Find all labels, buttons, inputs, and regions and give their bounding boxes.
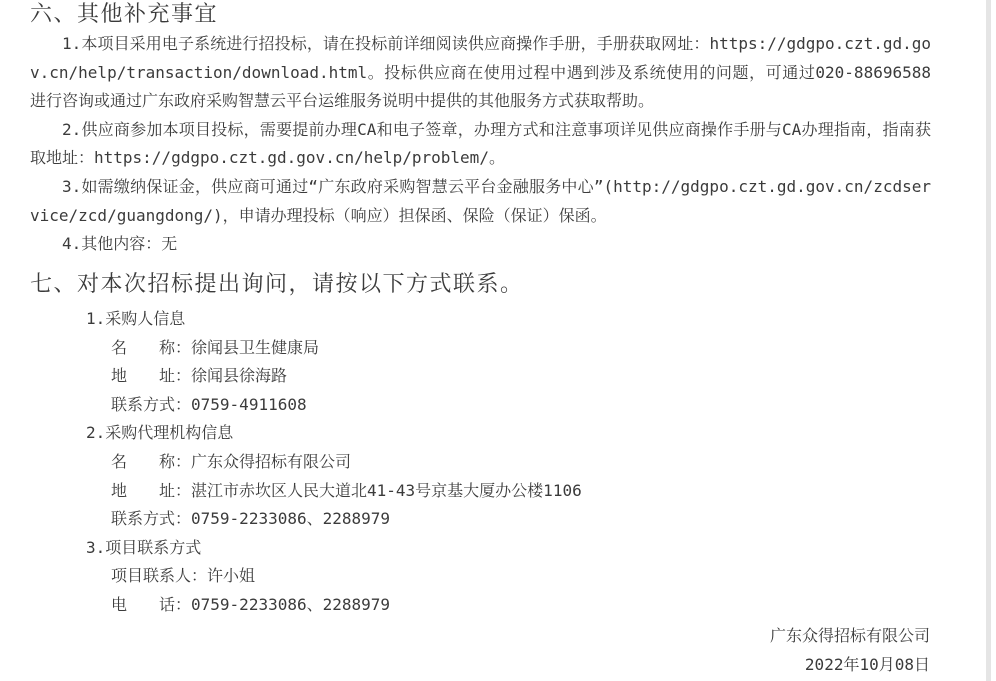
paragraph-ca-signature: 2.供应商参加本项目投标，需要提前办理CA和电子签章，办理方式和注意事项详见供应… <box>30 116 931 173</box>
field-label: 电 话： <box>111 595 191 614</box>
agency-info-title: 2.采购代理机构信息 <box>30 419 931 448</box>
field-value: 徐闻县卫生健康局 <box>191 338 319 357</box>
right-edge-divider <box>986 0 991 681</box>
field-value: 徐闻县徐海路 <box>191 366 287 385</box>
signature-company: 广东众得招标有限公司 <box>30 622 930 651</box>
field-value: 许小姐 <box>207 566 255 585</box>
field-value: 广东众得招标有限公司 <box>191 452 351 471</box>
field-value: 0759-2233086、2288979 <box>191 595 390 614</box>
paragraph-electronic-bidding: 1.本项目采用电子系统进行招投标，请在投标前详细阅读供应商操作手册，手册获取网址… <box>30 30 931 116</box>
purchaser-contact-row: 联系方式：0759-4911608 <box>30 391 931 420</box>
tender-notice-document-page: 六、其他补充事宜 1.本项目采用电子系统进行招投标，请在投标前详细阅读供应商操作… <box>0 0 996 681</box>
purchaser-name-row: 名 称：徐闻县卫生健康局 <box>30 334 931 363</box>
field-label: 地 址： <box>111 366 191 385</box>
purchaser-info-title: 1.采购人信息 <box>30 305 931 334</box>
signature-block: 广东众得招标有限公司 2022年10月08日 <box>30 622 930 679</box>
agency-name-row: 名 称：广东众得招标有限公司 <box>30 448 931 477</box>
field-label: 项目联系人： <box>111 566 207 585</box>
purchaser-address-row: 地 址：徐闻县徐海路 <box>30 362 931 391</box>
paragraph-deposit-guarantee: 3.如需缴纳保证金，供应商可通过“广东政府采购智慧云平台金融服务中心”(http… <box>30 173 931 230</box>
section-6-heading: 六、其他补充事宜 <box>30 2 218 28</box>
agency-contact-row: 联系方式：0759-2233086、2288979 <box>30 505 931 534</box>
field-value: 0759-4911608 <box>191 395 307 414</box>
project-contact-person-row: 项目联系人：许小姐 <box>30 562 931 591</box>
agency-address-row: 地 址：湛江市赤坎区人民大道北41-43号京基大厦办公楼1106 <box>30 477 931 506</box>
field-label: 联系方式： <box>111 509 191 528</box>
signature-date: 2022年10月08日 <box>30 651 930 680</box>
field-value: 湛江市赤坎区人民大道北41-43号京基大厦办公楼1106 <box>191 481 582 500</box>
field-label: 地 址： <box>111 481 191 500</box>
section-7-heading: 七、对本次招标提出询问，请按以下方式联系。 <box>30 272 524 298</box>
project-contact-title: 3.项目联系方式 <box>30 534 931 563</box>
field-label: 名 称： <box>111 452 191 471</box>
section-6-body: 1.本项目采用电子系统进行招投标，请在投标前详细阅读供应商操作手册，手册获取网址… <box>30 30 931 259</box>
field-value: 0759-2233086、2288979 <box>191 509 390 528</box>
paragraph-other-content: 4.其他内容：无 <box>30 230 931 259</box>
field-label: 名 称： <box>111 338 191 357</box>
field-label: 联系方式： <box>111 395 191 414</box>
project-phone-row: 电 话：0759-2233086、2288979 <box>30 591 931 620</box>
contact-info-list: 1.采购人信息 名 称：徐闻县卫生健康局 地 址：徐闻县徐海路 联系方式：075… <box>30 305 931 620</box>
